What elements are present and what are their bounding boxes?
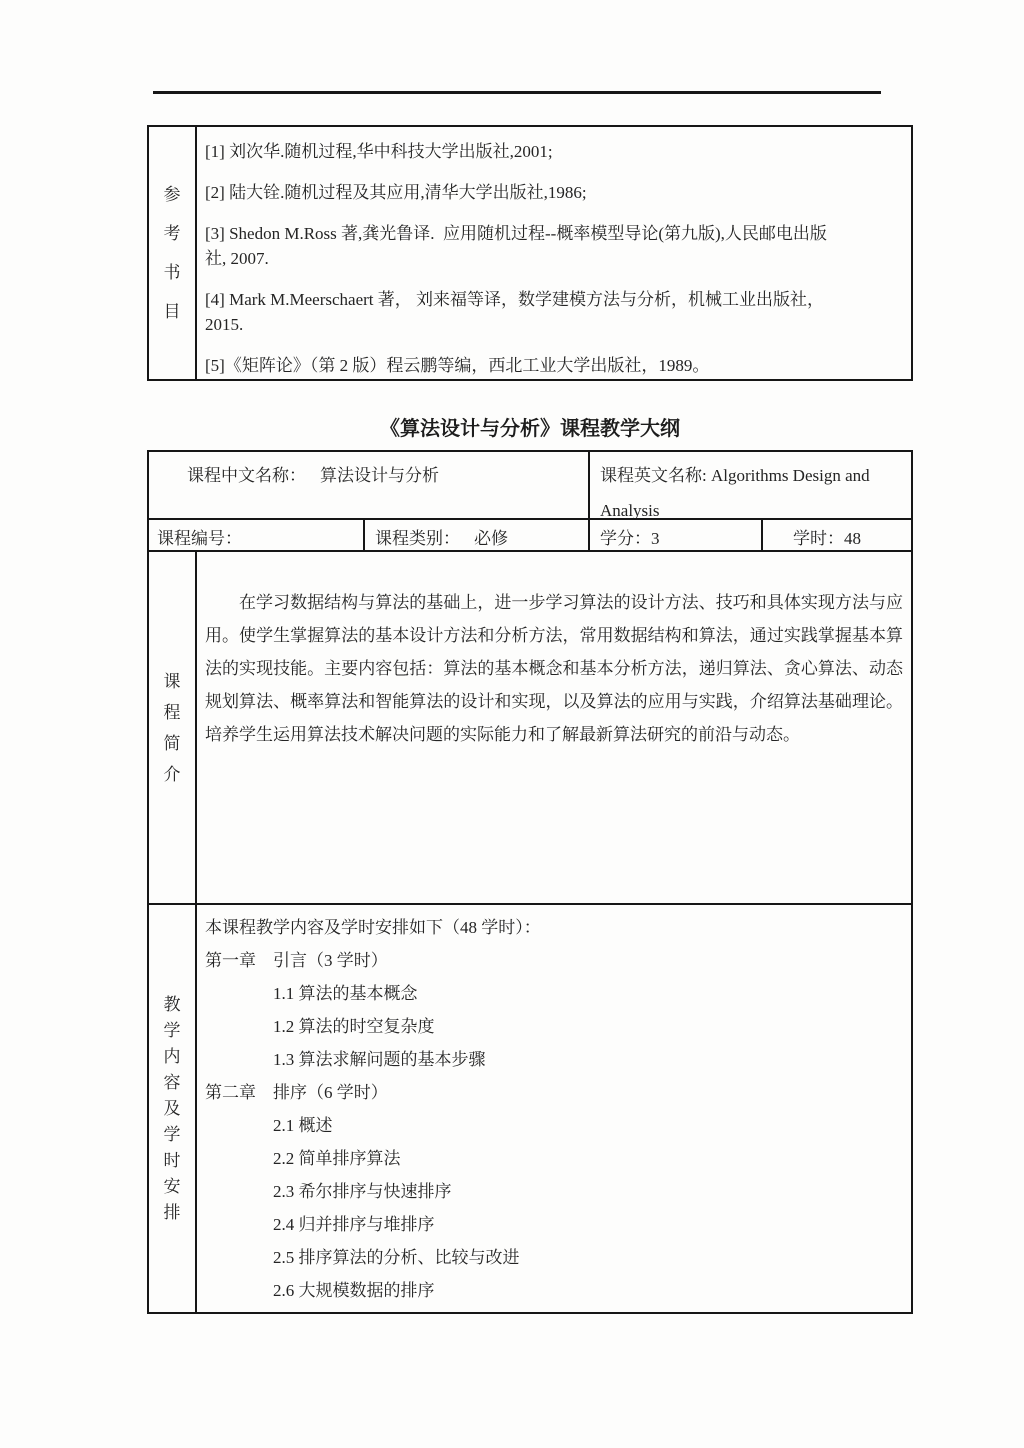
course-credit-cell: 学分：3 <box>590 520 763 550</box>
schedule-line: 1.2 算法的时空复杂度 <box>205 1010 905 1043</box>
schedule-label-cell: 教学内容及学时安排 <box>149 905 197 1312</box>
course-meta-row: 课程编号： 课程类别：必修 学分：3 学时：48 <box>149 520 911 552</box>
schedule-line: 2.1 概述 <box>205 1109 905 1142</box>
schedule-line: 第二章 排序（6 学时） <box>205 1076 905 1109</box>
schedule-line: 2.2 简单排序算法 <box>205 1142 905 1175</box>
course-category-value: 必修 <box>474 529 508 548</box>
schedule-label: 教学内容及学时安排 <box>164 996 181 1221</box>
course-category-cell: 课程类别：必修 <box>365 520 590 550</box>
course-cn-name-value: 算法设计与分析 <box>320 466 439 485</box>
course-cn-name-cell: 课程中文名称：算法设计与分析 <box>149 452 590 518</box>
schedule-line: 2.3 希尔排序与快速排序 <box>205 1175 905 1208</box>
course-hours-label: 学时： <box>793 529 844 548</box>
schedule-line: 1.3 算法求解问题的基本步骤 <box>205 1043 905 1076</box>
schedule-line: 2.5 排序算法的分析、比较与改进 <box>205 1241 905 1274</box>
reference-item: [2] 陆大铨.随机过程及其应用,清华大学出版社,1986; <box>205 180 901 205</box>
intro-content-cell: 在学习数据结构与算法的基础上，进一步学习算法的设计方法、技巧和具体实现方法与应用… <box>197 552 911 903</box>
references-table: 参考书目 [1] 刘次华.随机过程,华中科技大学出版社,2001; [2] 陆大… <box>147 125 913 381</box>
course-category-label: 课程类别： <box>375 529 460 548</box>
intro-text: 在学习数据结构与算法的基础上，进一步学习算法的设计方法、技巧和具体实现方法与应用… <box>205 586 903 751</box>
course-hours-cell: 学时：48 <box>763 520 911 550</box>
references-label-cell: 参考书目 <box>149 127 197 379</box>
course-en-name-cell: 课程英文名称: Algorithms Design and Analysis <box>590 452 911 518</box>
course-credit-value: 3 <box>651 529 660 548</box>
schedule-heading: 本课程教学内容及学时安排如下（48 学时）： <box>205 911 905 944</box>
header-rule <box>153 91 881 94</box>
schedule-line: 2.4 归并排序与堆排序 <box>205 1208 905 1241</box>
reference-item: [4] Mark M.Meerschaert 著， 刘来福等译，数学建模方法与分… <box>205 287 901 337</box>
page-title: 《算法设计与分析》课程教学大纲 <box>147 412 913 441</box>
course-number-cell: 课程编号： <box>149 520 365 550</box>
course-table: 课程中文名称：算法设计与分析 课程英文名称: Algorithms Design… <box>147 450 913 1314</box>
course-intro-row: 课程简介 在学习数据结构与算法的基础上，进一步学习算法的设计方法、技巧和具体实现… <box>149 552 911 905</box>
intro-label-cell: 课程简介 <box>149 552 197 903</box>
schedule-line: 2.6 大规模数据的排序 <box>205 1274 905 1307</box>
course-credit-label: 学分： <box>600 529 651 548</box>
course-cn-name-label: 课程中文名称： <box>187 466 306 485</box>
course-hours-value: 48 <box>844 529 861 548</box>
course-names-row: 课程中文名称：算法设计与分析 课程英文名称: Algorithms Design… <box>149 452 911 520</box>
references-label: 参考书目 <box>164 186 181 320</box>
reference-item: [3] Shedon M.Ross 著,龚光鲁译. 应用随机过程--概率模型导论… <box>205 221 901 271</box>
schedule-content-cell: 本课程教学内容及学时安排如下（48 学时）： 第一章 引言（3 学时） 1.1 … <box>197 905 911 1312</box>
schedule-line: 1.1 算法的基本概念 <box>205 977 905 1010</box>
course-en-name-label: 课程英文名称: <box>600 466 707 485</box>
intro-label: 课程简介 <box>164 673 181 783</box>
course-number-label: 课程编号： <box>157 529 242 548</box>
schedule-lines: 第一章 引言（3 学时） 1.1 算法的基本概念 1.2 算法的时空复杂度 1.… <box>205 944 905 1307</box>
reference-item: [5]《矩阵论》（第 2 版）程云鹏等编，西北工业大学出版社，1989。 <box>205 353 901 378</box>
schedule-line: 第一章 引言（3 学时） <box>205 944 905 977</box>
schedule-row: 教学内容及学时安排 本课程教学内容及学时安排如下（48 学时）： 第一章 引言（… <box>149 905 911 1312</box>
references-list: [1] 刘次华.随机过程,华中科技大学出版社,2001; [2] 陆大铨.随机过… <box>197 127 911 379</box>
reference-item: [1] 刘次华.随机过程,华中科技大学出版社,2001; <box>205 139 901 164</box>
